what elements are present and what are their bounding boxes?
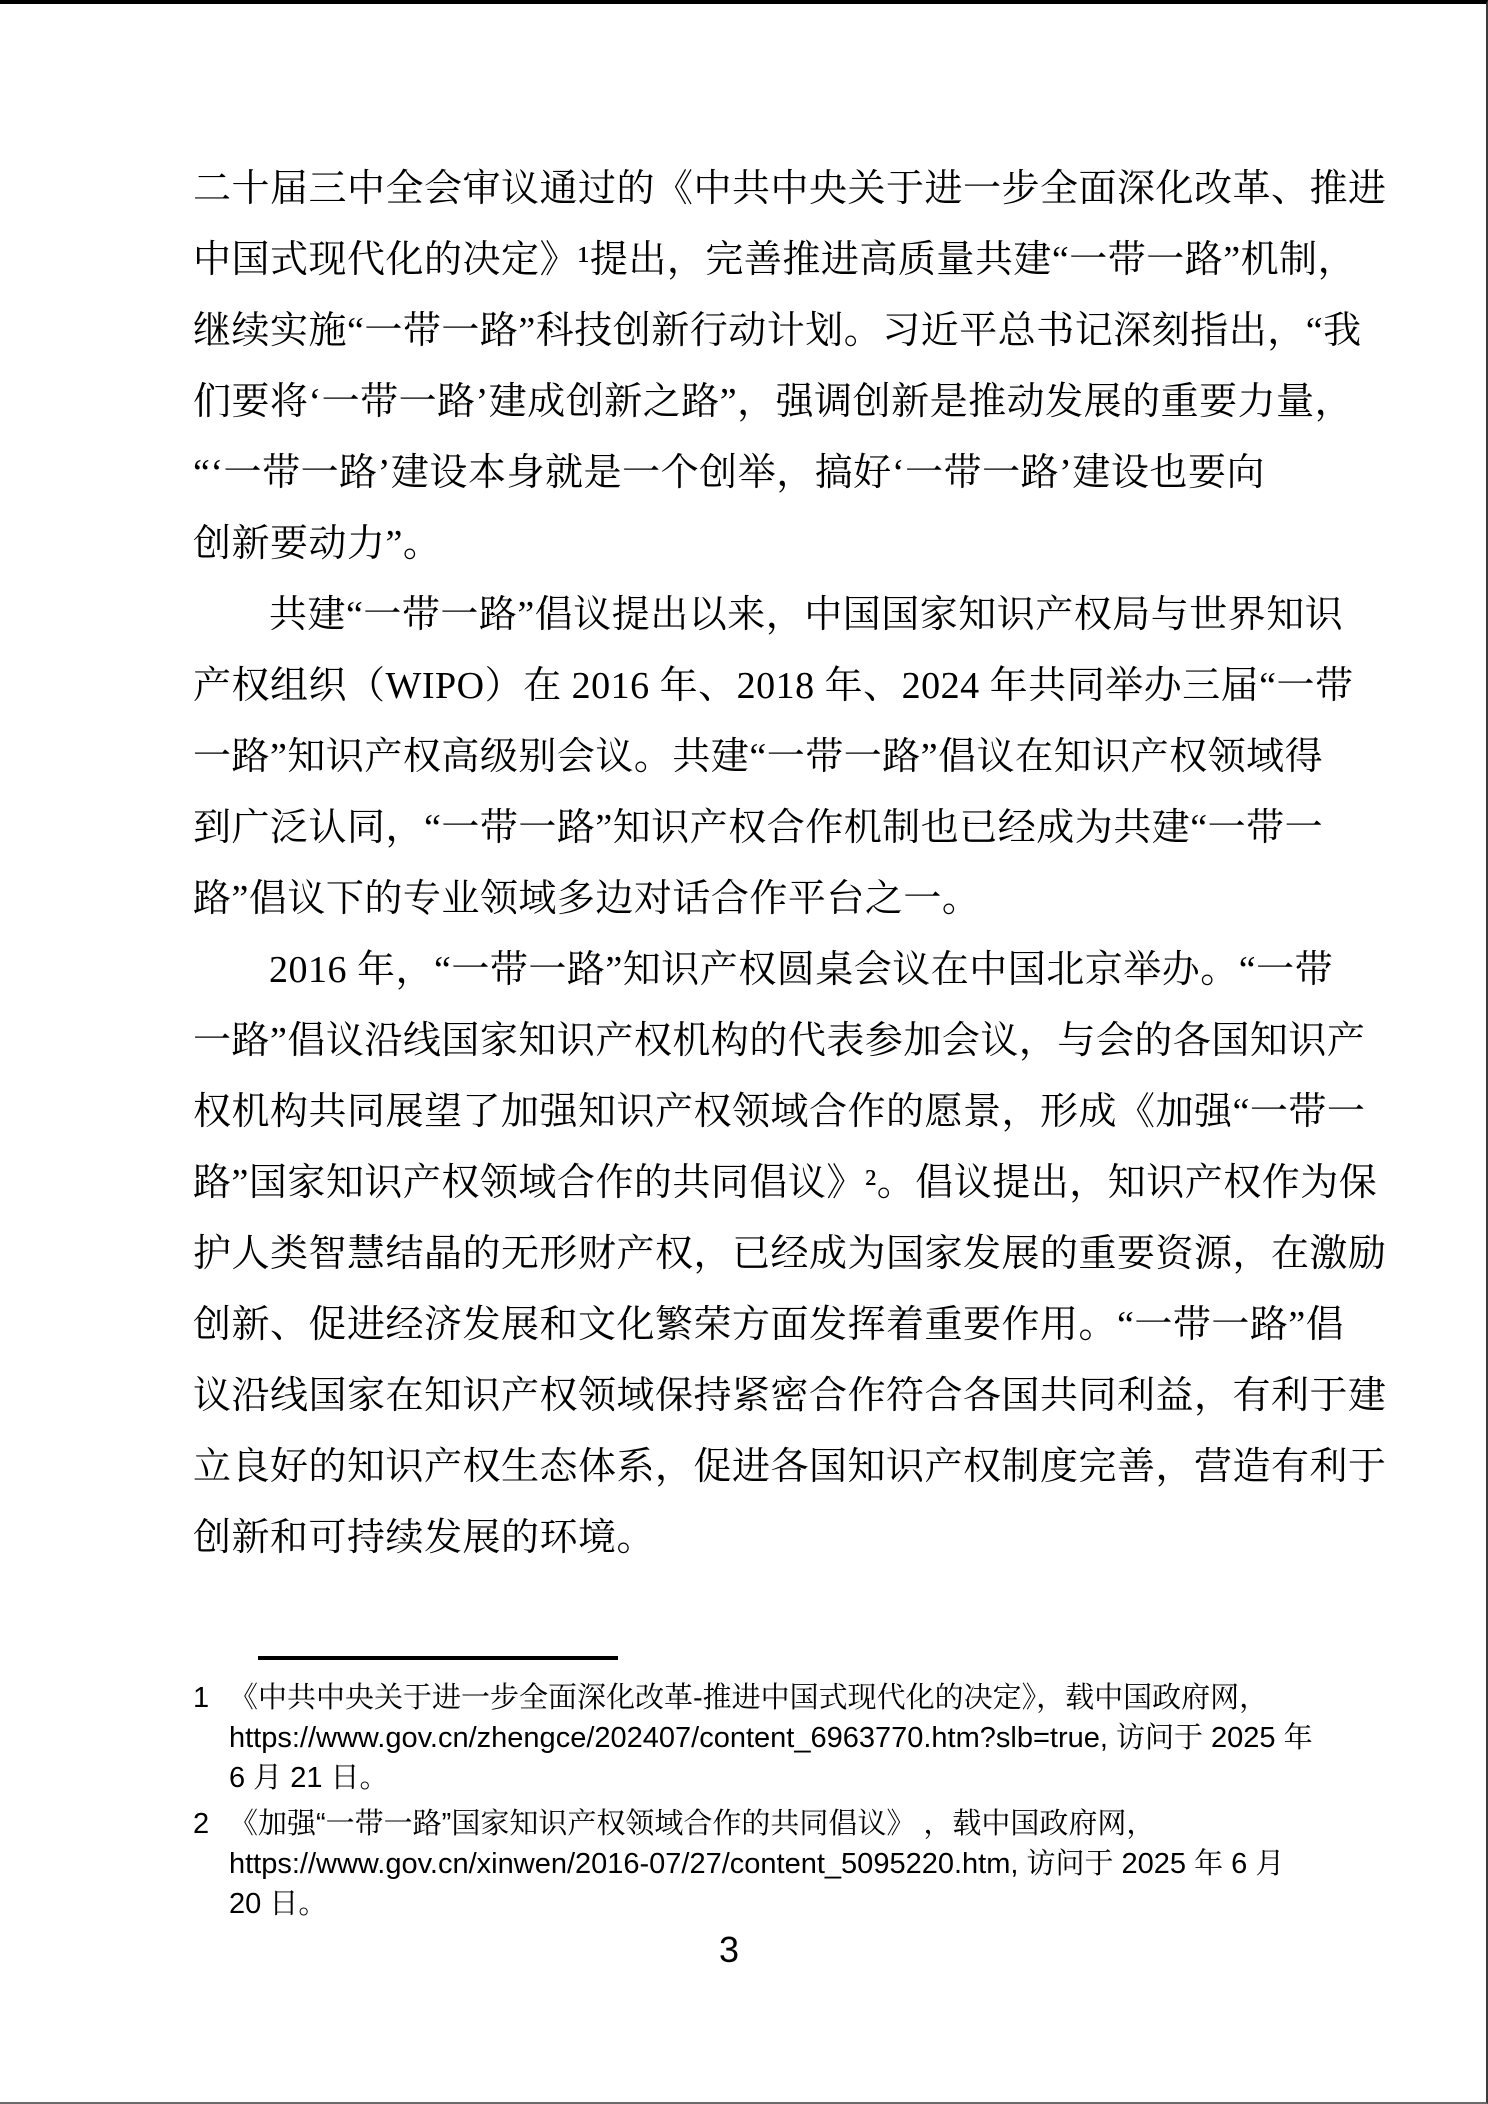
text-line: 立良好的知识产权生态体系，促进各国知识产权制度完善，营造有利于 <box>193 1432 1265 1503</box>
text-line: 共建“一带一路”倡议提出以来，中国国家知识产权局与世界知识 <box>193 580 1265 651</box>
footnote-line: 6 月 21 日。 <box>229 1758 1283 1798</box>
footnote-number: 2 <box>193 1804 223 1844</box>
text-line: 创新、促进经济发展和文化繁荣方面发挥着重要作用。“一带一路”倡 <box>193 1290 1265 1361</box>
text-line: 路”国家知识产权领域合作的共同倡议》²。倡议提出，知识产权作为保 <box>193 1148 1265 1219</box>
text-line: 路”倡议下的专业领域多边对话合作平台之一。 <box>193 864 1265 935</box>
document-page: 二十届三中全会审议通过的《中共中央关于进一步全面深化改革、推进中国式现代化的决定… <box>0 0 1488 2104</box>
text-line: 们要将‘一带一路’建成创新之路”，强调创新是推动发展的重要力量， <box>193 367 1265 438</box>
footnote: 1《中共中央关于进一步全面深化改革-推进中国式现代化的决定》，载中国政府网，ht… <box>193 1678 1283 1798</box>
page-number: 3 <box>193 1929 1265 1971</box>
footnote-line: 《加强“一带一路”国家知识产权领域合作的共同倡议》 ，载中国政府网， <box>229 1804 1283 1844</box>
text-line: 一路”知识产权高级别会议。共建“一带一路”倡议在知识产权领域得 <box>193 722 1265 793</box>
text-line: 议沿线国家在知识产权领域保持紧密合作符合各国共同利益，有利于建 <box>193 1361 1265 1432</box>
footnote-line: https://www.gov.cn/zhengce/202407/conten… <box>229 1718 1283 1758</box>
main-text: 二十届三中全会审议通过的《中共中央关于进一步全面深化改革、推进中国式现代化的决定… <box>193 154 1265 1574</box>
footnote: 2《加强“一带一路”国家知识产权领域合作的共同倡议》 ，载中国政府网，https… <box>193 1804 1283 1924</box>
footnote-number: 1 <box>193 1678 223 1718</box>
footnote-line: https://www.gov.cn/xinwen/2016-07/27/con… <box>229 1844 1283 1884</box>
footnotes: 1《中共中央关于进一步全面深化改革-推进中国式现代化的决定》，载中国政府网，ht… <box>193 1678 1283 1930</box>
footnote-line: 《中共中央关于进一步全面深化改革-推进中国式现代化的决定》，载中国政府网， <box>229 1678 1283 1718</box>
text-line: 中国式现代化的决定》¹提出，完善推进高质量共建“一带一路”机制， <box>193 225 1265 296</box>
text-line: 创新和可持续发展的环境。 <box>193 1503 1265 1574</box>
text-line: “‘一带一路’建设本身就是一个创举，搞好‘一带一路’建设也要向 <box>193 438 1265 509</box>
text-line: 护人类智慧结晶的无形财产权，已经成为国家发展的重要资源，在激励 <box>193 1219 1265 1290</box>
text-line: 一路”倡议沿线国家知识产权机构的代表参加会议，与会的各国知识产 <box>193 1006 1265 1077</box>
text-line: 继续实施“一带一路”科技创新行动计划。习近平总书记深刻指出，“我 <box>193 296 1265 367</box>
text-line: 产权组织（WIPO）在 2016 年、2018 年、2024 年共同举办三届“一… <box>193 651 1265 722</box>
text-line: 二十届三中全会审议通过的《中共中央关于进一步全面深化改革、推进 <box>193 154 1265 225</box>
footnote-separator <box>258 1656 618 1660</box>
text-line: 权机构共同展望了加强知识产权领域合作的愿景，形成《加强“一带一 <box>193 1077 1265 1148</box>
text-line: 2016 年，“一带一路”知识产权圆桌会议在中国北京举办。“一带 <box>193 935 1265 1006</box>
footnote-line: 20 日。 <box>229 1884 1283 1924</box>
text-line: 创新要动力”。 <box>193 509 1265 580</box>
text-line: 到广泛认同，“一带一路”知识产权合作机制也已经成为共建“一带一 <box>193 793 1265 864</box>
